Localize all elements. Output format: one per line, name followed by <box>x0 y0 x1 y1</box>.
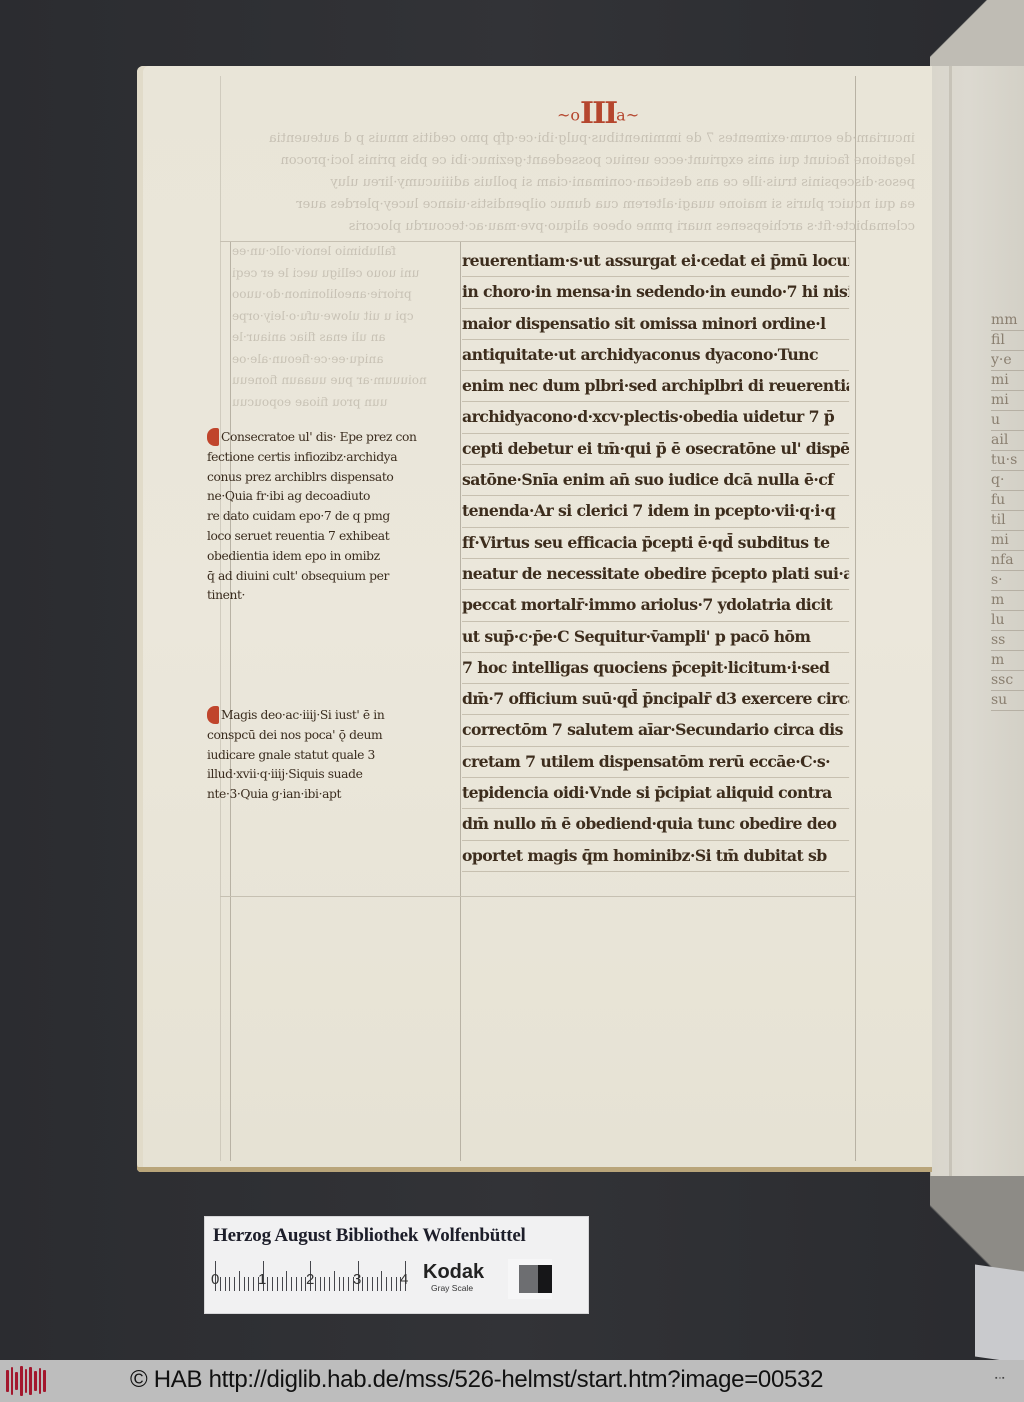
ruler-tick <box>225 1277 226 1291</box>
ruling-line <box>220 76 221 1161</box>
show-through-line: incuriam·de eorum·eximentes 7 de imminen… <box>225 128 915 150</box>
gloss-line: Consecratoe ul' dis· Epe prez con <box>207 428 457 448</box>
main-text-line: cretam 7 utilem dispensatōm rerū eccāe·C… <box>462 747 849 778</box>
ruler-tick <box>234 1277 235 1291</box>
show-through-line: uun prou fiioae eopoucuu <box>232 392 437 414</box>
adjacent-leaf-line: ssc <box>991 671 1024 691</box>
show-through-line: an uli enas fliac aniaur·le <box>232 327 437 349</box>
adjacent-leaf-line: mi <box>991 531 1024 551</box>
main-text-line: ff·Virtus seu efficacia p̄cepti ē·qd̄ su… <box>462 528 849 559</box>
marginal-gloss-2: Magis deo·ac·iiij·Si iust' ē inconspcū d… <box>207 706 457 805</box>
main-text-line: dm̄·7 officium suū·qd̄ p̄ncipalr̄ d3 exe… <box>462 684 849 715</box>
ruler-label: 1 <box>258 1271 266 1288</box>
main-text-line: tepidencia oidi·Vnde si p̄cipiat aliquid… <box>462 778 849 809</box>
ruler-tick <box>291 1277 292 1291</box>
ruler-tick <box>296 1277 297 1291</box>
adjacent-leaf-line: u <box>991 411 1024 431</box>
show-through-line: uni uouo celligu ueci le er ceqi <box>232 263 437 285</box>
show-through-line: fallubimio lenoiv·ollc·un·ee <box>232 241 437 263</box>
adjacent-leaf-line: q· <box>991 471 1024 491</box>
adjacent-leaf-corner-top <box>930 0 1024 66</box>
footer-mini-label: ▪▫▪ <box>995 1375 1005 1382</box>
main-text-line: reuerentiam·s·ut assurgat ei·cedat ei p̄… <box>462 246 849 277</box>
ruler-tick <box>315 1277 316 1291</box>
ruler-tick <box>396 1277 397 1291</box>
ruler-tick <box>320 1277 321 1291</box>
main-text-line: archidyacono·d·xcv·plectis·obedia uidetu… <box>462 402 849 433</box>
ruler-tick <box>220 1277 221 1291</box>
ruling-line <box>460 241 461 1161</box>
adjacent-leaf-line: ail <box>991 431 1024 451</box>
copyright-link[interactable]: © HAB http://diglib.hab.de/mss/526-helms… <box>130 1366 823 1394</box>
main-text-line: maior dispensatio sit omissa minori ordi… <box>462 309 849 340</box>
ruler-tick <box>229 1277 230 1291</box>
ruler-label: 4 <box>400 1271 408 1288</box>
gray-swatch-mid <box>519 1265 538 1293</box>
gloss-line: conspcū dei nos poca' ǭ deum <box>207 726 457 746</box>
rubric-initial-icon <box>207 706 219 724</box>
show-through-text: incuriam·de eorum·eximentes 7 de imminen… <box>225 128 915 238</box>
leaf-fold <box>949 66 952 1176</box>
adjacent-leaf-line: nfa <box>991 551 1024 571</box>
main-text-line: antiquitate·ut archidyaconus dyacono·Tun… <box>462 340 849 371</box>
adjacent-leaf-line: lu <box>991 611 1024 631</box>
gloss-line: Magis deo·ac·iiij·Si iust' ē in <box>207 706 457 726</box>
show-through-gloss: fallubimio lenoiv·ollc·un·eeuni uouo cel… <box>232 241 437 413</box>
ruler-tick <box>343 1277 344 1291</box>
ruler-tick <box>239 1271 240 1291</box>
adjacent-leaf-line: su <box>991 691 1024 711</box>
main-text-line: satōne·Snīa enim an̄ suo iudice dcā null… <box>462 465 849 496</box>
gloss-line: conus prez archiblrs dispensato <box>207 468 457 488</box>
show-through-line: priorie·aneoliloninon·do·uuoo <box>232 284 437 306</box>
marginal-gloss-1: Consecratoe ul' dis· Epe prez confection… <box>207 428 457 606</box>
ruler-tick <box>386 1277 387 1291</box>
ruler-tick <box>339 1277 340 1291</box>
ruler-tick <box>391 1277 392 1291</box>
ruler-tick <box>267 1277 268 1291</box>
adjacent-leaf-line: mi <box>991 391 1024 411</box>
ruler-tick <box>248 1277 249 1291</box>
adjacent-leaf: mmfily·emimiuailtu·sq·futilminfas·mlussm… <box>930 66 1024 1176</box>
main-text-line: enim nec dum plbri·sed archiplbri di reu… <box>462 371 849 402</box>
ruler-tick <box>272 1277 273 1291</box>
ruler-tick <box>277 1277 278 1291</box>
ruler-tick <box>244 1277 245 1291</box>
adjacent-leaf-line: tu·s <box>991 451 1024 471</box>
footer-bar: © HAB http://diglib.hab.de/mss/526-helms… <box>0 1360 1024 1402</box>
gloss-line: re dato cuidam epo·7 de q pmg <box>207 507 457 527</box>
page-edge <box>137 1167 932 1172</box>
kodak-brand: Kodak <box>423 1261 484 1284</box>
ruler-label: 2 <box>306 1271 314 1288</box>
main-text-column: reuerentiam·s·ut assurgat ei·cedat ei p̄… <box>462 246 857 872</box>
ruler-tick <box>372 1277 373 1291</box>
adjacent-leaf-line: m <box>991 591 1024 611</box>
show-through-line: cclemabicte·fit·s archiepsenes nuari pmn… <box>225 216 915 238</box>
color-chart-card: Herzog August Bibliothek Wolfenbüttel 0 … <box>204 1216 589 1314</box>
ruler-tick <box>348 1277 349 1291</box>
ruler-tick <box>286 1271 287 1291</box>
folio-numeral: III <box>580 96 616 131</box>
gloss-line: q̄ ad diuini cult' obsequium per <box>207 567 457 587</box>
adjacent-leaf-text: mmfily·emimiuailtu·sq·futilminfas·mlussm… <box>991 311 1024 881</box>
adjacent-leaf-line: fu <box>991 491 1024 511</box>
gloss-line: ne·Quia fr·ibi ag decoadiuto <box>207 487 457 507</box>
adjacent-leaf-line: til <box>991 511 1024 531</box>
adjacent-leaf-line: y·e <box>991 351 1024 371</box>
side-label-card <box>975 1265 1024 1360</box>
adjacent-leaf-line: m <box>991 651 1024 671</box>
gray-swatch-black <box>538 1265 552 1293</box>
hab-logo-icon <box>6 1366 46 1396</box>
manuscript-scan: mmfily·emimiuailtu·sq·futilminfas·mlussm… <box>0 0 1024 1360</box>
gloss-line: tinent· <box>207 586 457 606</box>
adjacent-leaf-line: mm <box>991 311 1024 331</box>
show-through-line: ea qui nouicr pluris si maione uuagi·alt… <box>225 194 915 216</box>
institution-name: Herzog August Bibliothek Wolfenbüttel <box>213 1225 526 1247</box>
main-text-line: 7 hoc intelligas quociens p̄cepit·licitu… <box>462 653 849 684</box>
main-text-line: correctōm 7 salutem aīar·Secundario circ… <box>462 715 849 746</box>
ruler-tick <box>301 1277 302 1291</box>
main-text-line: neatur de necessitate obedire p̄cepto pl… <box>462 559 849 590</box>
rubric-initial-icon <box>207 428 219 446</box>
show-through-line: noiuuum·ar pue uuaaun fioneuu <box>232 370 437 392</box>
gloss-line: fectione certis infiozibz·archidya <box>207 448 457 468</box>
main-text-line: cepti debetur ei tm̄·qui p̄ ē osecratōne… <box>462 434 849 465</box>
ruler-tick <box>367 1277 368 1291</box>
adjacent-leaf-line: fil <box>991 331 1024 351</box>
gloss-line: loco seruet reuentia 7 exhibeat <box>207 527 457 547</box>
adjacent-leaf-line: ss <box>991 631 1024 651</box>
gloss-line: iudicare gnale statut quale 3 <box>207 746 457 766</box>
main-text-line: in choro·in mensa·in sedendo·in eundo·7 … <box>462 277 849 308</box>
ruler-tick <box>377 1277 378 1291</box>
ruler-tick <box>253 1277 254 1291</box>
gloss-line: obedientia idem epo in omibz <box>207 547 457 567</box>
gray-scale-label: Gray Scale <box>431 1283 473 1293</box>
main-text-line: tenenda·Ar si clerici 7 idem in pcepto·v… <box>462 496 849 527</box>
show-through-line: cpi u uit ulowe·ufu·o·leiy·orpe <box>232 306 437 328</box>
ruler-label: 3 <box>353 1271 361 1288</box>
show-through-line: aniqu·ee·ce·fieoun·ale·oe <box>232 349 437 371</box>
ruler-tick <box>362 1277 363 1291</box>
ruler-tick <box>282 1277 283 1291</box>
ruler-tick <box>324 1277 325 1291</box>
gray-swatch <box>508 1259 552 1299</box>
ruler-label: 0 <box>211 1271 219 1288</box>
main-text-line: dm̄ nullo m̄ ē obediend·quia tunc obedir… <box>462 809 849 840</box>
ruler-tick <box>381 1271 382 1291</box>
ruler-tick <box>329 1277 330 1291</box>
folio-flourish-right: a~ <box>616 106 639 125</box>
folio-number: ~oIIIa~ <box>557 96 639 131</box>
manuscript-page: ~oIIIa~ incuriam·de eorum·eximentes 7 de… <box>137 66 932 1172</box>
adjacent-leaf-line: mi <box>991 371 1024 391</box>
gloss-line: illud·xvii·q·iiij·Siquis suade <box>207 765 457 785</box>
ruler-tick <box>334 1271 335 1291</box>
ruling-line <box>230 241 231 1161</box>
adjacent-leaf-line: s· <box>991 571 1024 591</box>
main-text-line: peccat mortalr̄·immo ariolus·7 ydolatria… <box>462 590 849 621</box>
ruling-line <box>220 896 855 897</box>
main-text-line: oportet magis q̄m hominibz·Si tm̄ dubita… <box>462 841 849 872</box>
show-through-line: legatione faciunt qui anis exgriunt·ecce… <box>225 150 915 172</box>
gloss-line: nte·3·Quia g·ian·ibi·apt <box>207 785 457 805</box>
folio-flourish-left: ~o <box>557 106 580 125</box>
show-through-line: pesos·discepsinis truis·ille ce ans dest… <box>225 172 915 194</box>
main-text-line: ut sup̄·c·p̄e·C Sequitur·v̄ampli' p pacō… <box>462 622 849 653</box>
